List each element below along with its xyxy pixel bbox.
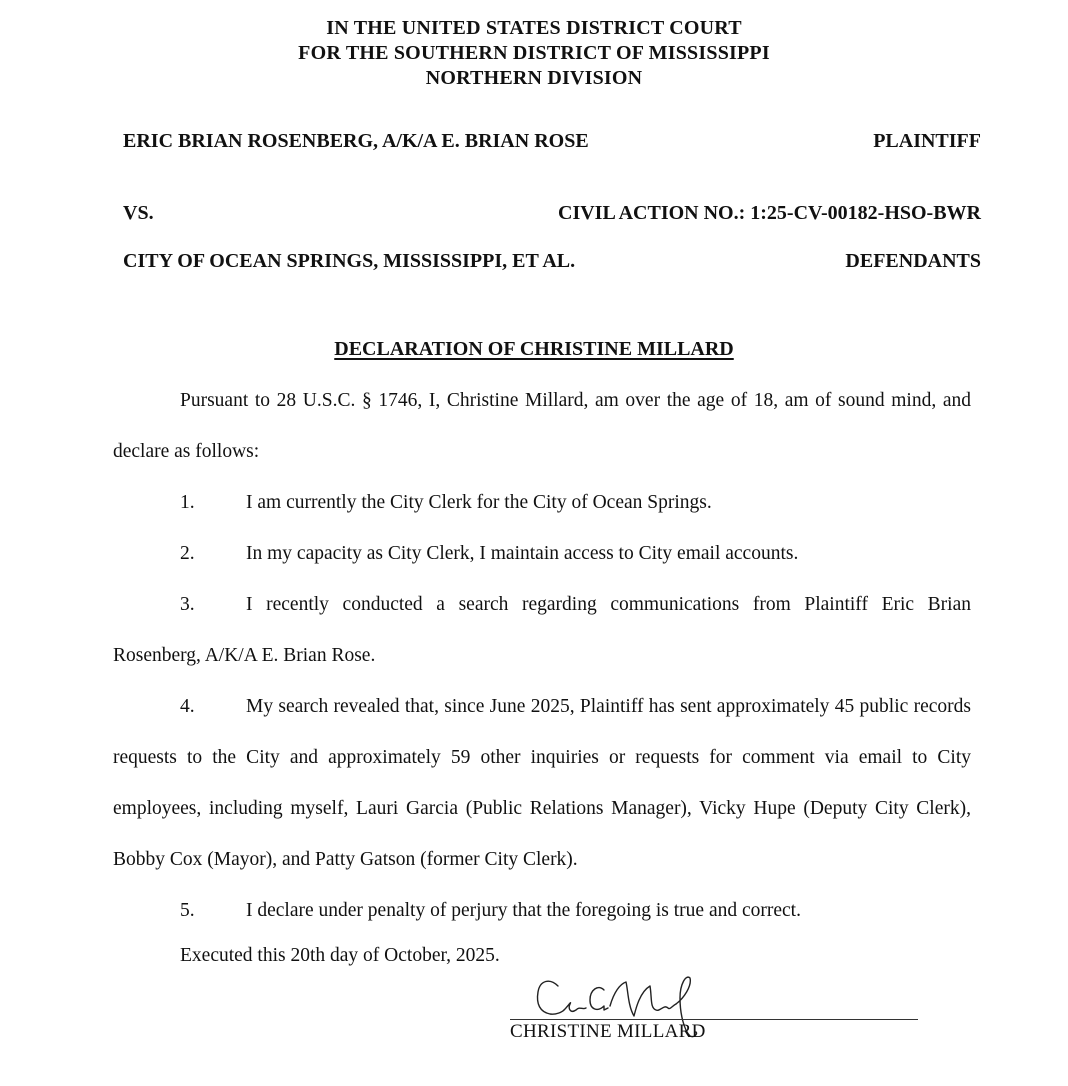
declaration-intro: Pursuant to 28 U.S.C. § 1746, I, Christi… (113, 375, 971, 477)
plaintiff-label: PLAINTIFF (873, 128, 981, 155)
declaration-title-text: DECLARATION OF CHRISTINE MILLARD (334, 338, 734, 360)
item-number: 5. (180, 885, 195, 936)
versus-label: VS. (123, 200, 593, 227)
court-header-line-1: IN THE UNITED STATES DISTRICT COURT (0, 16, 1068, 41)
plaintiff-name: ERIC BRIAN ROSENBERG, A/K/A E. BRIAN ROS… (123, 128, 593, 155)
item-number: 1. (180, 477, 195, 528)
declaration-title: DECLARATION OF CHRISTINE MILLARD (0, 336, 1068, 362)
declaration-item: 3. I recently conducted a search regardi… (113, 579, 971, 681)
item-number: 4. (180, 681, 195, 732)
declaration-item: 1. I am currently the City Clerk for the… (113, 477, 971, 528)
declaration-item: 4. My search revealed that, since June 2… (113, 681, 971, 885)
court-header-line-2: FOR THE SOUTHERN DISTRICT OF MISSISSIPPI (0, 41, 1068, 66)
item-text: I recently conducted a search regarding … (113, 579, 971, 681)
intro-paragraph: Pursuant to 28 U.S.C. § 1746, I, Christi… (113, 375, 971, 477)
item-text: I am currently the City Clerk for the Ci… (113, 477, 971, 528)
execution-date: Executed this 20th day of October, 2025. (180, 936, 500, 976)
item-text: I declare under penalty of perjury that … (113, 885, 971, 936)
declaration-item: 5. I declare under penalty of perjury th… (113, 885, 971, 936)
signature-block: CHRISTINE MILLARD (510, 970, 918, 1050)
item-text: My search revealed that, since June 2025… (113, 681, 971, 885)
signer-name: CHRISTINE MILLARD (510, 1020, 706, 1044)
item-text: In my capacity as City Clerk, I maintain… (113, 528, 971, 579)
declaration-item: 2. In my capacity as City Clerk, I maint… (113, 528, 971, 579)
item-number: 3. (180, 579, 195, 630)
civil-action-number: CIVIL ACTION NO.: 1:25-CV-00182-HSO-BWR (558, 200, 981, 227)
document-page: IN THE UNITED STATES DISTRICT COURT FOR … (0, 0, 1068, 1086)
court-header-line-3: NORTHERN DIVISION (0, 66, 1068, 91)
defendant-name: CITY OF OCEAN SPRINGS, MISSISSIPPI, ET A… (123, 248, 593, 275)
defendant-label: DEFENDANTS (845, 248, 981, 275)
item-number: 2. (180, 528, 195, 579)
court-header: IN THE UNITED STATES DISTRICT COURT FOR … (0, 16, 1068, 91)
